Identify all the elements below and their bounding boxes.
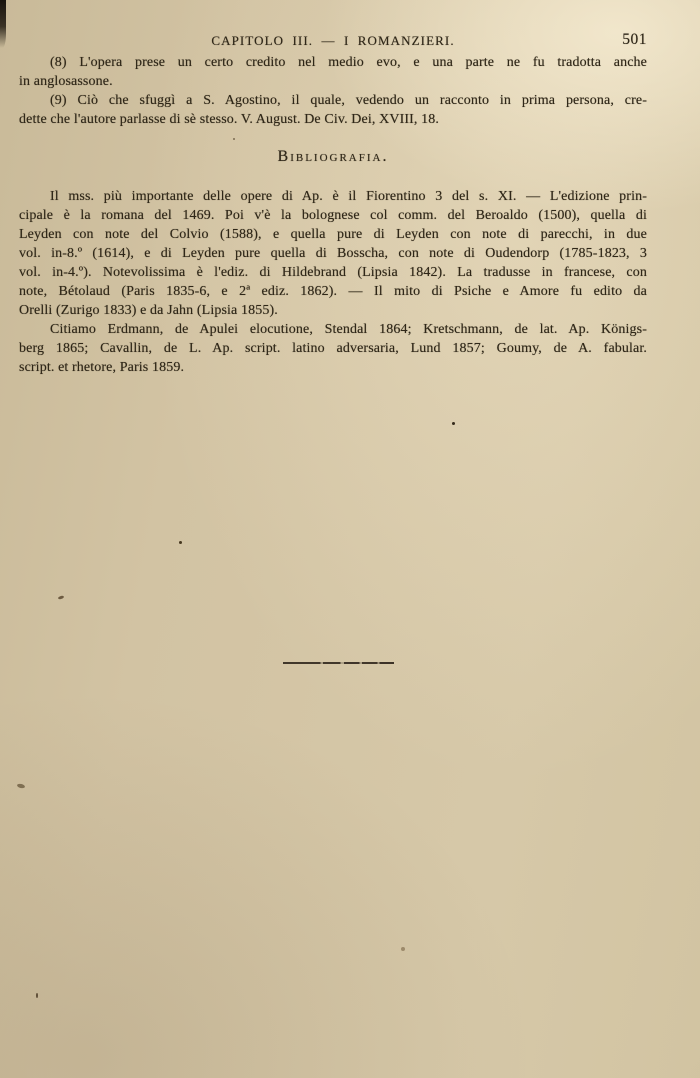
scan-speck xyxy=(401,947,405,951)
bibliography-p1-line-4: vol. in-8.º (1614), e di Leyden pure que… xyxy=(19,244,647,263)
scan-speck xyxy=(36,993,38,998)
running-title: CAPITOLO III. — I ROMANZIERI. xyxy=(19,33,647,49)
footnote-8-line-1: (8) L'opera prese un certo credito nel m… xyxy=(19,53,647,72)
separator-rule xyxy=(283,662,394,664)
bibliography-p1-line-6: note, Bétolaud (Paris 1835-6, e 2ª ediz.… xyxy=(19,282,647,301)
footnote-8: (8) L'opera prese un certo credito nel m… xyxy=(19,53,647,91)
book-page: CAPITOLO III. — I ROMANZIERI. 501 (8) L'… xyxy=(0,0,700,1078)
scan-speck xyxy=(17,783,26,789)
scan-edge-artifact xyxy=(0,0,6,48)
page-header: CAPITOLO III. — I ROMANZIERI. 501 xyxy=(19,33,647,52)
bibliography-p1-line-2: cipale è la romana del 1469. Poi v'è la … xyxy=(19,206,647,225)
section-heading-bibliografia: Bibliografia. xyxy=(19,147,647,166)
footnote-9: (9) Ciò che sfuggì a S. Agostino, il qua… xyxy=(19,91,647,129)
footnote-8-line-2: in anglosassone. xyxy=(19,72,647,91)
scan-speck xyxy=(58,595,65,600)
bibliography-p1-line-1: Il mss. più importante delle opere di Ap… xyxy=(19,187,647,206)
bibliography-p2-line-3: script. et rhetore, Paris 1859. xyxy=(19,358,647,377)
scan-speck xyxy=(452,422,455,425)
text-column: (8) L'opera prese un certo credito nel m… xyxy=(19,53,647,377)
bibliography-p1-line-3: Leyden con note del Colvio (1588), e que… xyxy=(19,225,647,244)
bibliography-paragraph-2: Citiamo Erdmann, de Apulei elocutione, S… xyxy=(19,320,647,377)
scan-speck xyxy=(179,541,182,544)
footnote-9-line-1: (9) Ciò che sfuggì a S. Agostino, il qua… xyxy=(19,91,647,110)
bibliography-paragraph-1: Il mss. più importante delle opere di Ap… xyxy=(19,187,647,320)
bibliography-p1-line-5: vol. in-4.º). Notevolissima è l'ediz. di… xyxy=(19,263,647,282)
bibliography-p2-line-1: Citiamo Erdmann, de Apulei elocutione, S… xyxy=(19,320,647,339)
page-number: 501 xyxy=(622,31,647,49)
bibliography-p1-line-7: Orelli (Zurigo 1833) e da Jahn (Lipsia 1… xyxy=(19,301,647,320)
footnote-9-line-2: dette che l'autore parlasse di sè stesso… xyxy=(19,110,647,129)
scan-speck xyxy=(233,138,235,140)
bibliography-p2-line-2: berg 1865; Cavallin, de L. Ap. script. l… xyxy=(19,339,647,358)
